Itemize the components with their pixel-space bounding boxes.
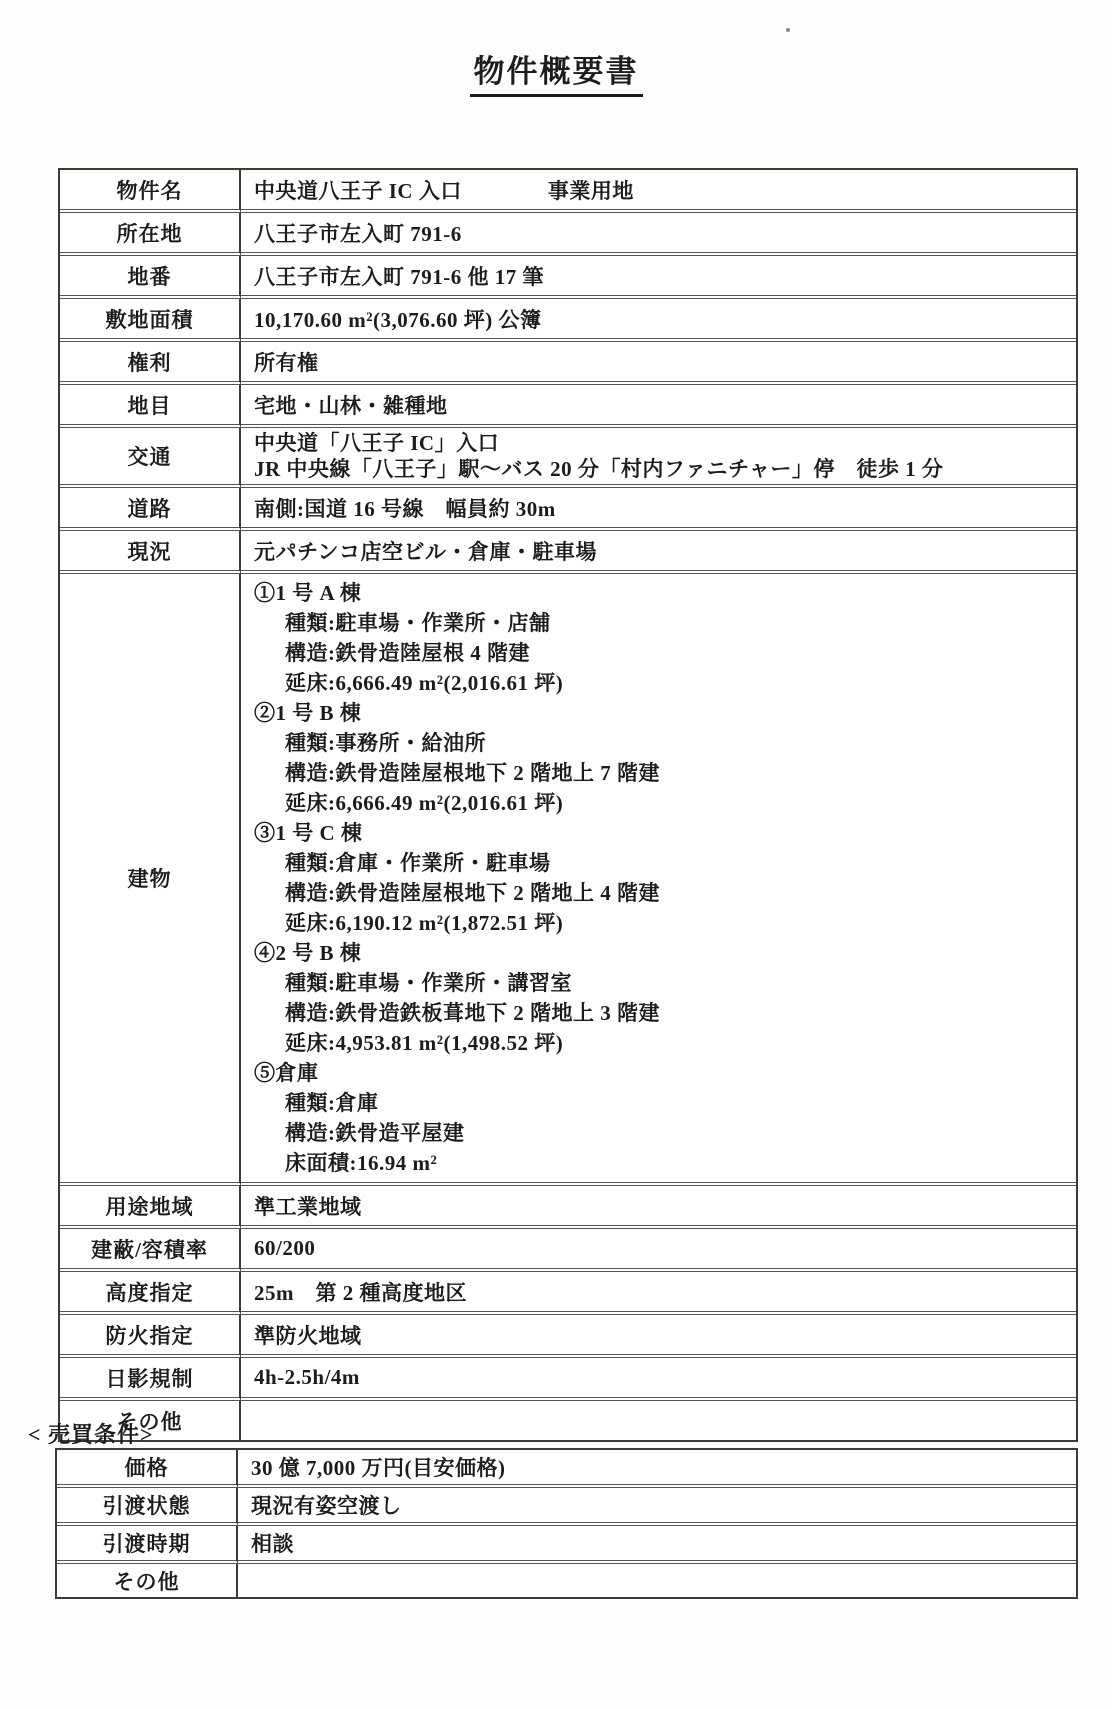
row-label: その他 [57, 1564, 238, 1597]
building-2-floor-area: 延床:6,666.49 m²(2,016.61 坪) [254, 788, 1068, 818]
row-buildings: 建物 ①1 号 A 棟 種類:駐車場・作業所・店舗 構造:鉄骨造陸屋根 4 階建… [60, 574, 1076, 1186]
row-fire-prevention: 防火指定 準防火地域 [60, 1315, 1076, 1358]
building-3-type: 種類:倉庫・作業所・駐車場 [254, 848, 1068, 878]
row-label: 建物 [60, 574, 241, 1186]
row-label: 日影規制 [60, 1358, 241, 1401]
building-5-floor-area: 床面積:16.94 m² [254, 1148, 1068, 1178]
row-height-district: 高度指定 25m 第 2 種高度地区 [60, 1272, 1076, 1315]
row-delivery-condition: 引渡状態 現況有姿空渡し [57, 1488, 1076, 1526]
building-3-title: ③1 号 C 棟 [254, 818, 1068, 848]
building-3-structure: 構造:鉄骨造陸屋根地下 2 階地上 4 階建 [254, 878, 1068, 908]
row-value: 相談 [238, 1526, 1076, 1564]
row-land-category: 地目 宅地・山林・雑種地 [60, 385, 1076, 428]
row-label: 高度指定 [60, 1272, 241, 1315]
row-label: 権利 [60, 342, 241, 385]
building-1-type: 種類:駐車場・作業所・店舗 [254, 608, 1068, 638]
row-value: 25m 第 2 種高度地区 [241, 1272, 1076, 1315]
row-label: 防火指定 [60, 1315, 241, 1358]
sale-conditions-table: 価格 30 億 7,000 万円(目安価格) 引渡状態 現況有姿空渡し 引渡時期… [55, 1448, 1078, 1599]
row-value: 準防火地域 [241, 1315, 1076, 1358]
row-value: 30 億 7,000 万円(目安価格) [238, 1450, 1076, 1488]
row-value [238, 1564, 1076, 1597]
building-4-type: 種類:駐車場・作業所・講習室 [254, 968, 1068, 998]
row-value: 所有権 [241, 342, 1076, 385]
row-value: 八王子市左入町 791-6 [241, 213, 1076, 256]
row-access: 交通 中央道「八王子 IC」入口 JR 中央線「八王子」駅～バス 20 分「村内… [60, 428, 1076, 488]
building-3-floor-area: 延床:6,190.12 m²(1,872.51 坪) [254, 908, 1068, 938]
row-label: 物件名 [60, 170, 241, 213]
row-label: 交通 [60, 428, 241, 488]
property-summary-table: 物件名 中央道八王子 IC 入口 事業用地 所在地 八王子市左入町 791-6 … [58, 168, 1078, 1442]
building-4-title: ④2 号 B 棟 [254, 938, 1068, 968]
row-label: 所在地 [60, 213, 241, 256]
building-1-floor-area: 延床:6,666.49 m²(2,016.61 坪) [254, 668, 1068, 698]
building-2-structure: 構造:鉄骨造陸屋根地下 2 階地上 7 階建 [254, 758, 1068, 788]
sale-conditions-heading: < 売買条件> [28, 1418, 154, 1449]
row-label: 地番 [60, 256, 241, 299]
row-value: 準工業地域 [241, 1186, 1076, 1229]
building-1-structure: 構造:鉄骨造陸屋根 4 階建 [254, 638, 1068, 668]
row-value: 現況有姿空渡し [238, 1488, 1076, 1526]
building-1-title: ①1 号 A 棟 [254, 578, 1068, 608]
row-property-name: 物件名 中央道八王子 IC 入口 事業用地 [60, 170, 1076, 213]
row-site-area: 敷地面積 10,170.60 m²(3,076.60 坪) 公簿 [60, 299, 1076, 342]
row-value: 4h-2.5h/4m [241, 1358, 1076, 1401]
building-4-structure: 構造:鉄骨造鉄板葺地下 2 階地上 3 階建 [254, 998, 1068, 1028]
row-label: 敷地面積 [60, 299, 241, 342]
row-label: 建蔽/容積率 [60, 1229, 241, 1272]
page-title-text: 物件概要書 [470, 46, 643, 97]
row-label: 道路 [60, 488, 241, 531]
row-label: 地目 [60, 385, 241, 428]
building-2-type: 種類:事務所・給油所 [254, 728, 1068, 758]
row-coverage-floor-ratio: 建蔽/容積率 60/200 [60, 1229, 1076, 1272]
building-5-type: 種類:倉庫 [254, 1088, 1068, 1118]
row-label: 引渡状態 [57, 1488, 238, 1526]
row-delivery-timing: 引渡時期 相談 [57, 1526, 1076, 1564]
row-value: 元パチンコ店空ビル・倉庫・駐車場 [241, 531, 1076, 574]
row-value: 60/200 [241, 1229, 1076, 1272]
row-label: 引渡時期 [57, 1526, 238, 1564]
row-shadow-regulation: 日影規制 4h-2.5h/4m [60, 1358, 1076, 1401]
page-title: 物件概要書 [0, 46, 1112, 97]
row-value: 中央道八王子 IC 入口 事業用地 [241, 170, 1076, 213]
building-5-structure: 構造:鉄骨造平屋建 [254, 1118, 1068, 1148]
row-label: 価格 [57, 1450, 238, 1488]
row-conditions-other: その他 [57, 1564, 1076, 1597]
row-lot-number: 地番 八王子市左入町 791-6 他 17 筆 [60, 256, 1076, 299]
row-label: 現況 [60, 531, 241, 574]
row-value: 南側:国道 16 号線 幅員約 30m [241, 488, 1076, 531]
access-line-1: 中央道「八王子 IC」入口 [254, 430, 1068, 456]
row-zoning: 用途地域 準工業地域 [60, 1186, 1076, 1229]
row-location: 所在地 八王子市左入町 791-6 [60, 213, 1076, 256]
row-road: 道路 南側:国道 16 号線 幅員約 30m [60, 488, 1076, 531]
row-value: 10,170.60 m²(3,076.60 坪) 公簿 [241, 299, 1076, 342]
row-rights: 権利 所有権 [60, 342, 1076, 385]
scan-speck [786, 28, 790, 32]
row-other: その他 [60, 1401, 1076, 1440]
row-value: 中央道「八王子 IC」入口 JR 中央線「八王子」駅～バス 20 分「村内ファニ… [241, 428, 1076, 488]
row-label: 用途地域 [60, 1186, 241, 1229]
building-4-floor-area: 延床:4,953.81 m²(1,498.52 坪) [254, 1028, 1068, 1058]
row-current-status: 現況 元パチンコ店空ビル・倉庫・駐車場 [60, 531, 1076, 574]
row-value: ①1 号 A 棟 種類:駐車場・作業所・店舗 構造:鉄骨造陸屋根 4 階建 延床… [241, 574, 1076, 1186]
building-2-title: ②1 号 B 棟 [254, 698, 1068, 728]
row-value: 宅地・山林・雑種地 [241, 385, 1076, 428]
row-value [241, 1401, 1076, 1440]
row-value: 八王子市左入町 791-6 他 17 筆 [241, 256, 1076, 299]
row-price: 価格 30 億 7,000 万円(目安価格) [57, 1450, 1076, 1488]
building-5-title: ⑤倉庫 [254, 1058, 1068, 1088]
access-line-2: JR 中央線「八王子」駅～バス 20 分「村内ファニチャー」停 徒歩 1 分 [254, 456, 1068, 482]
